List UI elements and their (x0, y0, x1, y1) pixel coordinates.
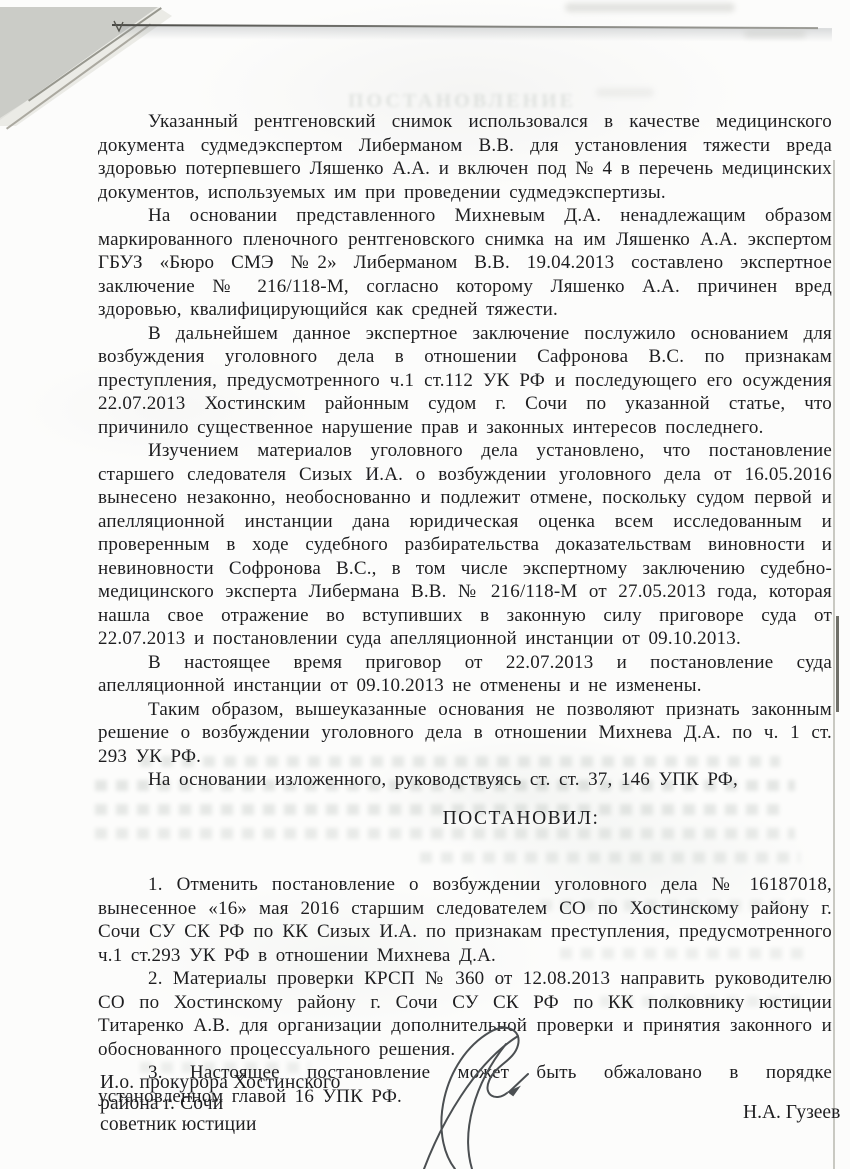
page-right-edge-line-dark (836, 616, 839, 712)
signatory-title-line: района г. Сочи (100, 1093, 341, 1114)
page-right-edge-line (833, 160, 835, 1169)
paragraph-7: На основании изложенного, руководствуясь… (98, 768, 832, 792)
scan-smudge (565, 3, 735, 12)
paragraph-2: На основании представленного Михневым Д.… (98, 204, 832, 322)
paragraph-4: Изучением материалов уголовного дела уст… (98, 439, 832, 651)
signature-handwriting (398, 1012, 608, 1169)
pen-tick-mark (112, 18, 130, 34)
document-body: Указанный рентгеновский снимок использов… (98, 110, 832, 1108)
signatory-title-line: советник юстиции (100, 1114, 341, 1135)
scan-smudge (744, 30, 806, 38)
signatory-title-block: И.о. прокурора Хостинского района г. Соч… (100, 1072, 341, 1135)
scanned-document-page: ПОСТАНОВЛЕНИЕ Указанный рентгеновский сн… (0, 0, 850, 1169)
paragraph-6: Таким образом, вышеуказанные основания н… (98, 698, 832, 769)
signatory-title-line: И.о. прокурора Хостинского (100, 1072, 341, 1093)
resolved-heading: ПОСТАНОВИЛ: (98, 807, 832, 831)
resolution-item-1: 1. Отменить постановление о возбуждении … (98, 873, 832, 967)
paragraph-1: Указанный рентгеновский снимок использов… (98, 110, 832, 204)
signatory-name: Н.А. Гузеев (743, 1102, 840, 1124)
paragraph-5: В настоящее время приговор от 22.07.2013… (98, 651, 832, 698)
paragraph-3: В дальнейшем данное экспертное заключени… (98, 322, 832, 440)
